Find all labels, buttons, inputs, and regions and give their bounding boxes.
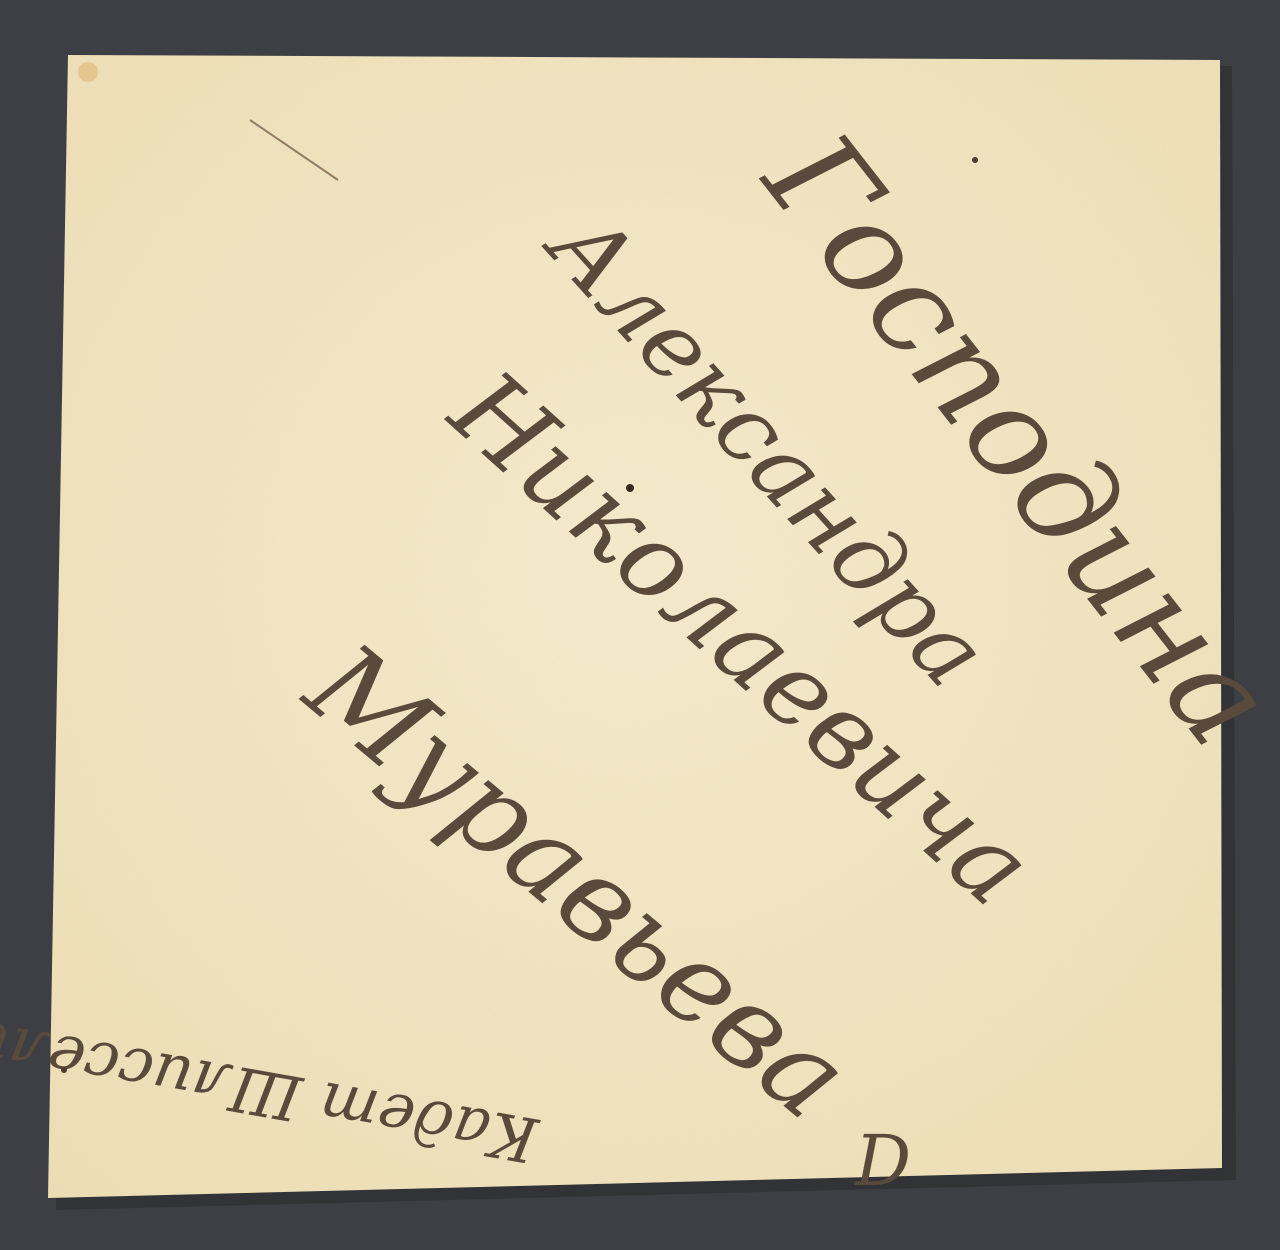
manuscript-photo: Господина Александра Николаевича Муравье… bbox=[0, 0, 1280, 1250]
bottom-fragment: D bbox=[853, 1120, 911, 1202]
